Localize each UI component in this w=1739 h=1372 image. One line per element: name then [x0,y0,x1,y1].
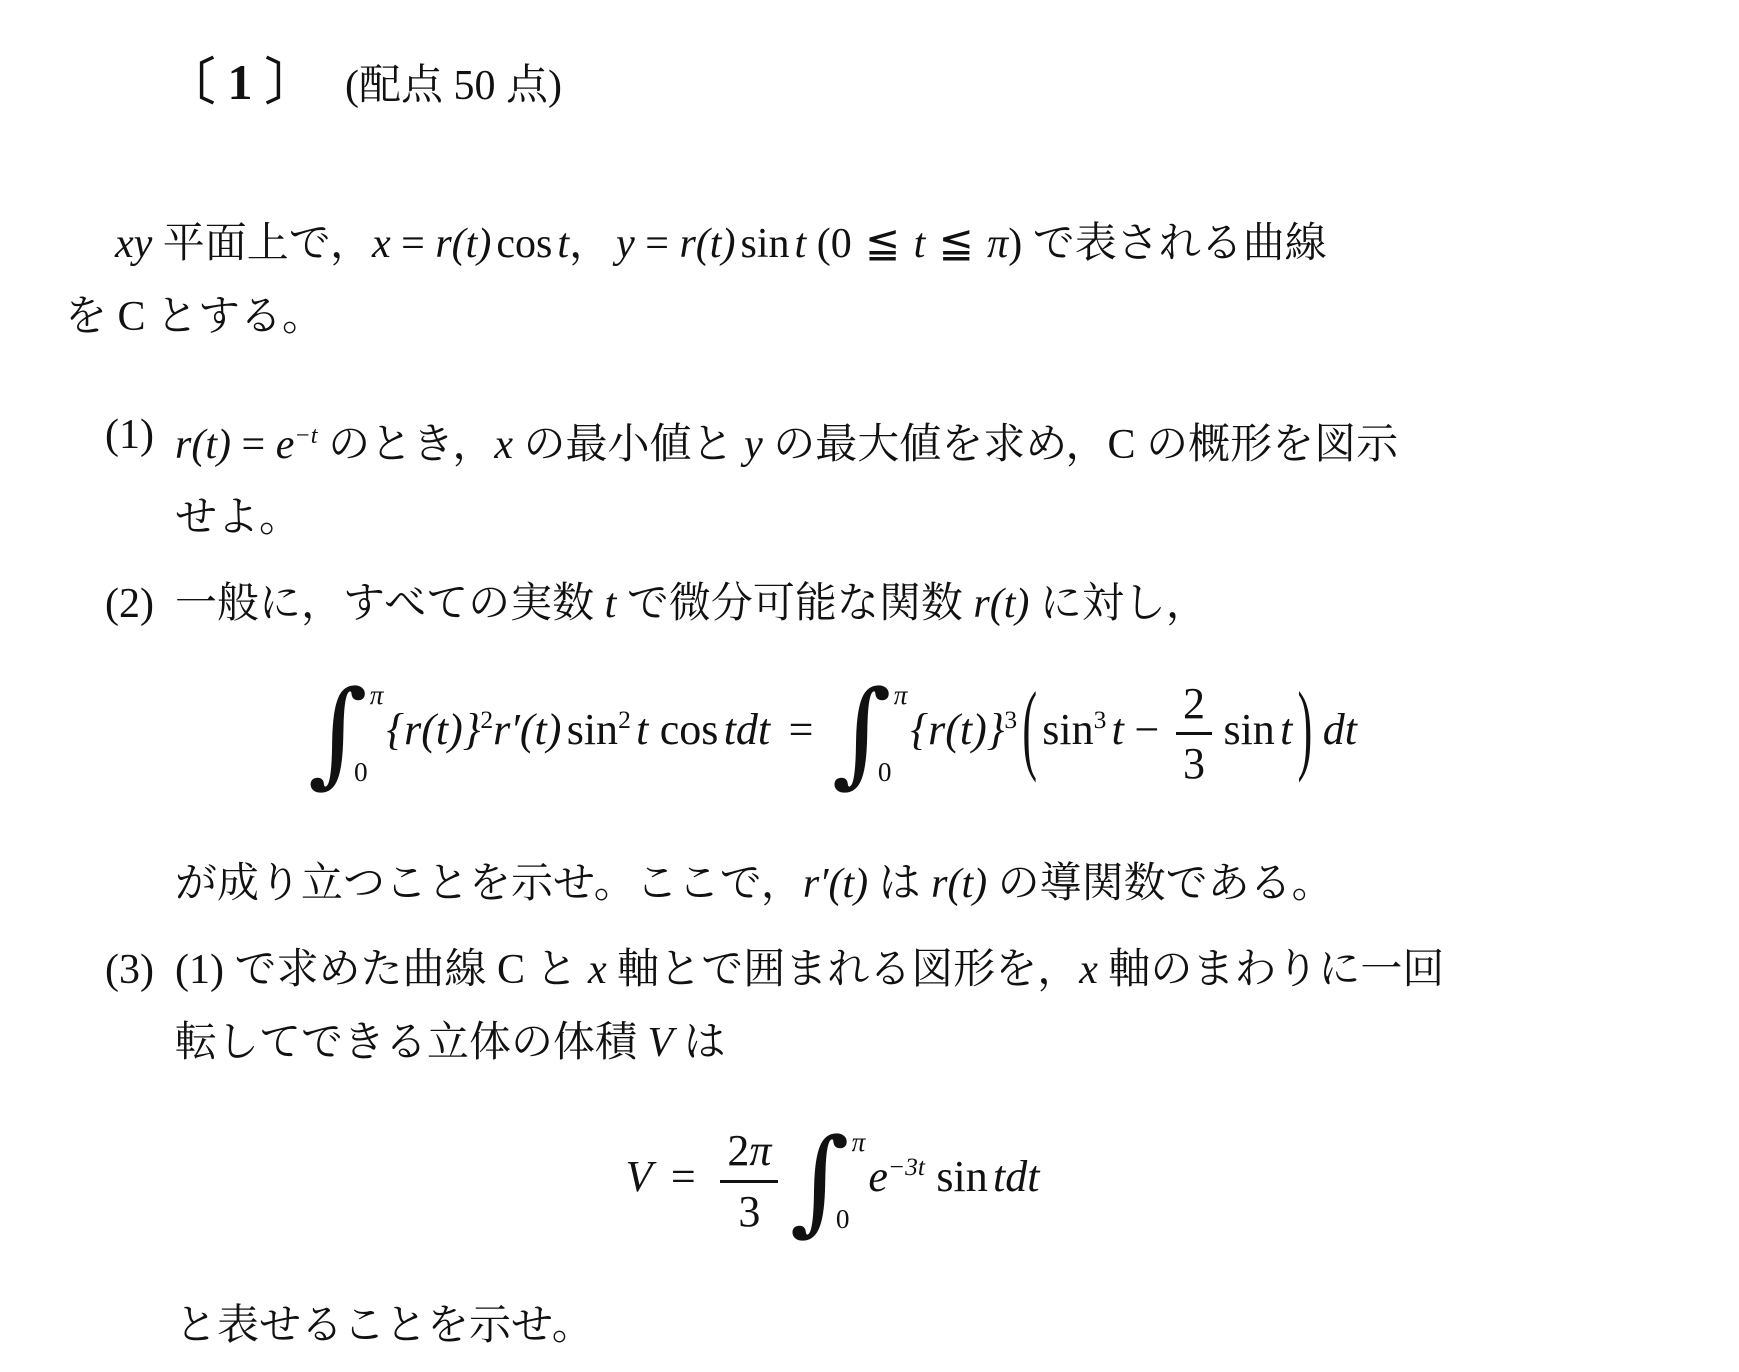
integral-upper-limit: π [852,1129,866,1156]
text-run: ， [569,221,611,267]
math-token: x [494,422,513,468]
integral-upper-limit: π [894,682,908,709]
math-token: e [868,1152,888,1201]
math-superscript: 3 [1094,705,1107,734]
math-token: dt [1005,1152,1039,1201]
fraction-denominator: 3 [1176,732,1212,792]
text-run: と表せることを示せ。 [175,1303,594,1349]
text-run: の最大値を求め， [763,422,1108,468]
integral-limits: π0 [368,679,382,788]
math-group: sin2t [567,705,649,754]
item-1-line-2: せよ。 [175,482,1490,555]
math-token: xy [115,221,152,267]
math-token: C [118,294,146,340]
math-token: 2 [727,1126,749,1175]
math-token: t [636,705,648,754]
integral-limits: π0 [849,1127,863,1236]
item-2-body: 一般に，すべての実数 t で微分可能な関数 r(t) に対し， ∫π0{r(t)… [175,568,1490,921]
math-token: r(t) [973,581,1029,627]
math-token: π [749,1126,771,1175]
math-token: sin [740,221,789,267]
item-3-label: (3) [105,934,175,1362]
math-token: dt [1323,705,1357,754]
math-superscript: −t [294,422,317,449]
problem-item-2: (2) 一般に，すべての実数 t で微分可能な関数 r(t) に対し， ∫π0{… [65,568,1490,921]
text-run: とする。 [146,294,325,340]
item-2-line-1: 一般に，すべての実数 t で微分可能な関数 r(t) に対し， [175,568,1490,641]
problem-item-3: (3) (1) で求めた曲線 C と x 軸とで囲まれる図形を，x 軸のまわりに… [65,934,1490,1362]
math-token: x [588,947,607,993]
math-token: t [557,221,569,267]
math-token: π [987,221,1008,267]
math-token: ≦ [852,218,914,267]
text-run: 平面上で， [152,221,372,267]
math-token: C [1108,422,1136,468]
text-run: 転してできる立体の体積 [175,1020,648,1066]
text-run: で表される曲線 [1033,221,1327,267]
math-token: t [1280,705,1292,754]
integral-lower-limit: 0 [878,759,892,786]
text-run: は [673,1020,726,1066]
math-group: sint [1223,705,1292,754]
math-token: 0 [831,221,852,267]
math-token: t [795,221,807,267]
math-token: = [391,221,436,267]
math-token: cos [660,705,719,754]
math-token: = [231,422,276,468]
intro-line-2: を C とする。 [65,281,1490,354]
math-token: r′(t) [493,705,561,754]
fraction-numerator: 2 [1176,675,1212,732]
math-token: e [276,422,295,468]
math-token: t [1112,705,1124,754]
text-run: 軸とで囲まれる図形を， [607,947,1080,993]
math-token: sin [1223,705,1274,754]
text-run: が成り立つことを示せ。ここで， [175,861,803,907]
math-token: = [635,221,680,267]
integral: ∫π0 [308,679,381,788]
math-token: r(t) [931,861,987,907]
math-token: {r(t)} [387,705,481,754]
math-token: dt [736,705,770,754]
big-paren-close: ) [1298,678,1313,779]
text-run: の最小値と [513,422,744,468]
math-token: sin [1042,705,1093,754]
math-superscript: 2 [480,705,493,734]
fraction-denominator: 3 [720,1180,778,1240]
text-run: は [868,861,931,907]
integral-limits: π0 [892,679,906,788]
math-token: cos [496,221,552,267]
minus-sign: − [1134,705,1159,754]
math-group: {r(t)}2r′(t) [387,705,562,754]
math-token: V [648,1020,674,1066]
text-run: のとき， [318,422,495,468]
item-2-label: (2) [105,568,175,921]
item-1-label: (1) [105,399,175,555]
math-token: {r(t)} [910,705,1004,754]
text-run: と [525,947,588,993]
math-token: ≦ [925,218,987,267]
equals-sign: = [789,705,814,754]
math-token: t [724,705,736,754]
fraction: 23 [1176,675,1212,792]
item-1-body: r(t) = e−t のとき，x の最小値と y の最大値を求め，C の概形を図… [175,399,1490,555]
equals-sign: = [671,1152,696,1201]
item-3-body: (1) で求めた曲線 C と x 軸とで囲まれる図形を，x 軸のまわりに一回 転… [175,934,1490,1362]
math-token: t [993,1152,1005,1201]
math-token: C [497,947,525,993]
integral-lower-limit: 0 [836,1206,850,1233]
math-token: x [1079,947,1098,993]
text-run: で求めた曲線 [224,947,497,993]
text-run: に対し， [1029,581,1208,627]
math-token: r(t) [679,221,735,267]
problem-points: (配点 50 点) [345,63,562,109]
math-token: r′(t) [803,861,868,907]
math-token: ( [806,221,831,267]
text-run: 一般に，すべての実数 [175,581,605,627]
math-token: ) [1008,221,1033,267]
exam-page: 〔 1 〕(配点 50 点) xy 平面上で，x = r(t)cost，y = … [0,0,1739,1372]
math-token: t [605,581,617,627]
math-superscript: 3 [1004,705,1017,734]
math-group: sintdt [936,1152,1039,1201]
math-superscript: 2 [618,705,631,734]
integral-upper-limit: π [370,682,384,709]
math-token: y [616,221,635,267]
text-run: を [65,294,118,340]
problem-number: 〔 1 〕 [165,54,315,110]
math-group: costdt [660,705,770,754]
integral: ∫π0 [790,1127,863,1236]
math-group: sin3t [1042,705,1124,754]
math-token: x [372,221,391,267]
big-paren-open: ( [1022,678,1037,779]
math-token: (1) [175,947,224,993]
math-e-power: e−t [276,422,318,468]
equation-volume: V=2π3∫π0e−3tsintdt [175,1122,1490,1239]
item-2-line-2: が成り立つことを示せ。ここで，r′(t) は r(t) の導関数である。 [175,848,1490,921]
text-run: 軸のまわりに一回 [1098,947,1445,993]
math-token: r(t) [175,422,231,468]
integral: ∫π0 [832,679,905,788]
math-token: sin [567,705,618,754]
item-3-line-3: と表せることを示せ。 [175,1290,1490,1363]
integral-lower-limit: 0 [354,759,368,786]
math-superscript: −3t [888,1152,925,1181]
text-run: で微分可能な関数 [616,581,973,627]
item-3-line-2: 転してできる立体の体積 V は [175,1007,1490,1080]
math-token: sin [936,1152,987,1201]
text-run: の導関数である。 [987,861,1334,907]
math-token: y [744,422,763,468]
fraction: 2π3 [720,1122,778,1239]
equation-identity: ∫π0{r(t)}2r′(t)sin2tcostdt=∫π0{r(t)}3(si… [175,675,1490,792]
math-token: r(t) [435,221,491,267]
math-token: t [914,221,926,267]
fraction-numerator: 2π [720,1122,778,1179]
intro-paragraph: xy 平面上で，x = r(t)cost，y = r(t)sint (0 ≦ t… [65,206,1490,354]
text-run: の概形を図示 [1136,422,1399,468]
intro-line-1: xy 平面上で，x = r(t)cost，y = r(t)sint (0 ≦ t… [65,206,1490,281]
math-e-power: e−3t [868,1152,925,1201]
problem-header: 〔 1 〕(配点 50 点) [165,42,1490,114]
math-token: V [625,1152,652,1201]
text-run: せよ。 [175,495,301,541]
math-group: {r(t)}3 [910,705,1017,754]
item-1-line-1: r(t) = e−t のとき，x の最小値と y の最大値を求め，C の概形を図… [175,399,1490,482]
problem-item-1: (1) r(t) = e−t のとき，x の最小値と y の最大値を求め，C の… [65,399,1490,555]
item-3-line-1: (1) で求めた曲線 C と x 軸とで囲まれる図形を，x 軸のまわりに一回 [175,934,1490,1007]
